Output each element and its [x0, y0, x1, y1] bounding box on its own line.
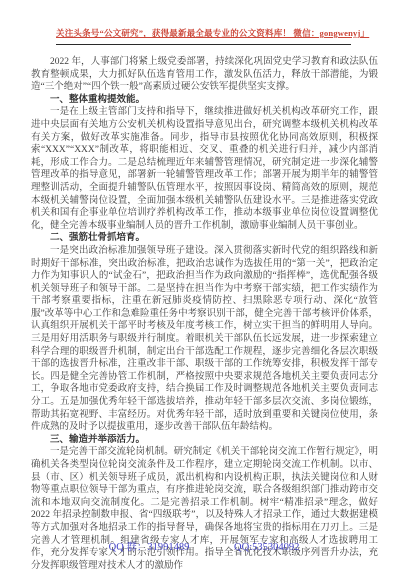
footer-qq-group-text: QQ 群：31991489	[109, 542, 190, 553]
section-1-paragraph: 一是在上级主管部门支持和指导下，继续推进做好机关机构改革研究工作，跟进中央层面有…	[31, 106, 378, 232]
intro-paragraph: 2022 年，人事部门将紧上级党委部署，持续深化巩固党史学习教育和政法队伍教育整…	[31, 56, 378, 94]
footer-contact: QQ 群：31991489 QQ:535304092	[0, 539, 408, 554]
header-notice-text: 关注头条号“公文研究”，获得最新最全最专业的公文资料库！ 微信：gongweny…	[56, 28, 369, 38]
document-body: 2022 年，人事部门将紧上级党委部署，持续深化巩固党史学习教育和政法队伍教育整…	[31, 56, 378, 572]
footer-qq-text: QQ:535304092	[234, 542, 299, 553]
section-1-heading: 一、整体重构提效能。	[31, 94, 378, 107]
document-page: 关注头条号“公文研究”，获得最新最全最专业的公文资料库！ 微信：gongweny…	[0, 0, 408, 580]
section-2-heading: 二、强筋壮骨抓培育。	[31, 232, 378, 245]
section-3-heading: 三、输造并举添活力。	[31, 434, 378, 447]
section-2-paragraph: 一是突出政治标准加强领导班子建设。深入贯彻落实新时代党的组织路线和新时期好干部标…	[31, 245, 378, 434]
header-banner: 关注头条号“公文研究”，获得最新最全最专业的公文资料库！ 微信：gongweny…	[56, 23, 351, 45]
